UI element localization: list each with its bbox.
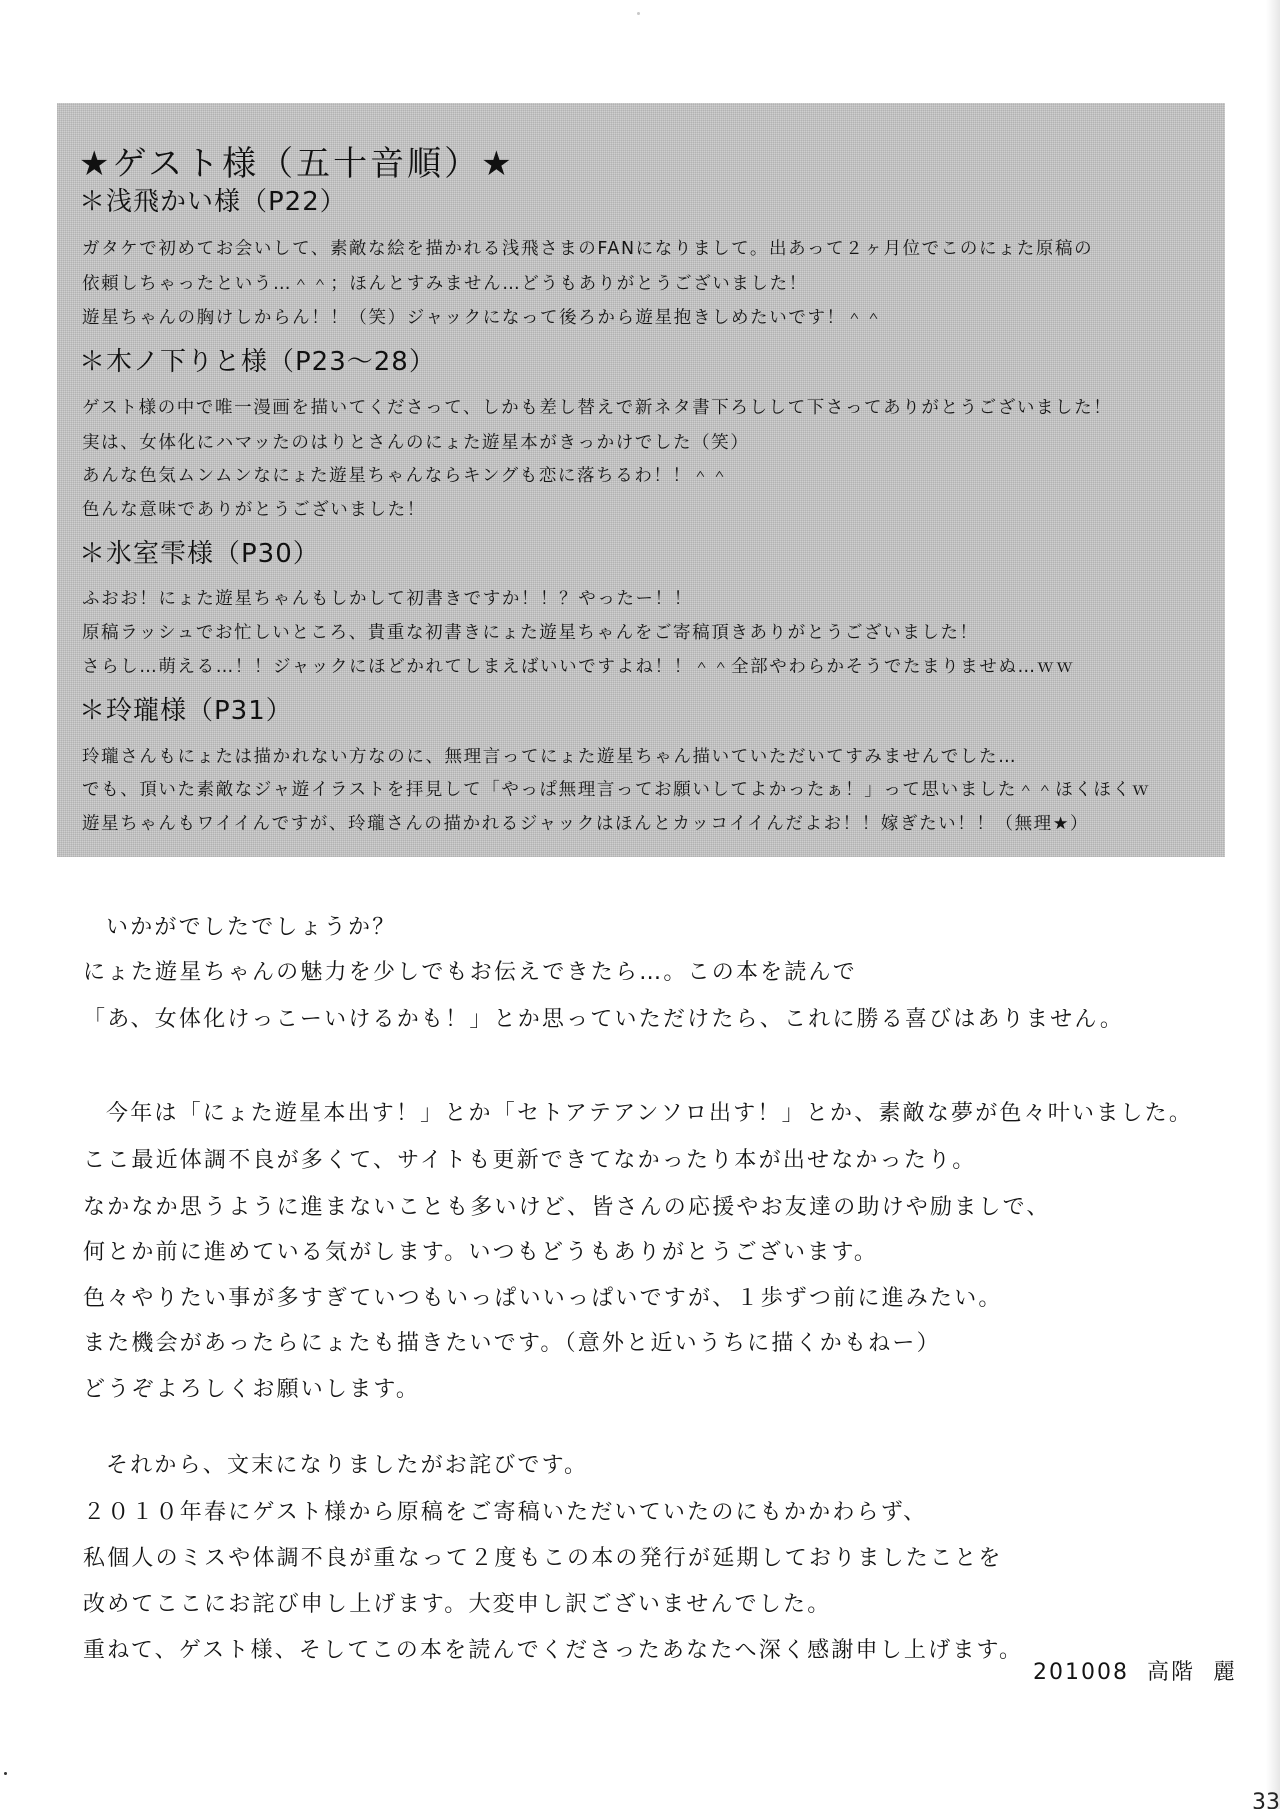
afterword-line: 重ねて、ゲスト様、そしてこの本を読んでくださったあなたへ深く感謝申し上げます。 <box>83 1633 1023 1664</box>
afterword-line: なかなか思うように進まないことも多いけど、皆さんの応援やお友達の助けや励ましで、 <box>83 1190 1051 1221</box>
afterword-line: ここ最近体調不良が多くて、サイトも更新できてなかったり本が出せなかったり。 <box>83 1143 976 1174</box>
guest-message-line: あんな色気ムンムンなにょた遊星ちゃんならキングも恋に落ちるわ！！＾＾ <box>82 462 730 487</box>
afterword-line: にょた遊星ちゃんの魅力を少しでもお伝えできたら…。この本を読んで <box>83 955 857 986</box>
guest-message-line: さらし…萌える…！！ジャックにほどかれてしまえばいいですよね！！＾＾全部やわらか… <box>82 653 1075 678</box>
guest-name-kinoshita: ＊木ノ下りと様（P23～28） <box>79 341 436 378</box>
afterword-line: また機会があったらにょたも描きたいです。（意外と近いうちに描くかもねー） <box>83 1326 941 1357</box>
guest-message-line: ふおお！にょた遊星ちゃんもしかして初書きですか！！？やったー！！ <box>82 585 693 610</box>
guest-message-line: でも、頂いた素敵なジャ遊イラストを拝見して「やっぱ無理言ってお願いしてよかったぁ… <box>82 776 1151 801</box>
guest-message-line: ゲスト様の中で唯一漫画を描いてくださって、しかも差し替えで新ネタ書下ろしして下さ… <box>82 394 1112 419</box>
guest-box-title: ★ゲスト様（五十音順）★ <box>79 136 515 185</box>
guest-name-asahi: ＊浅飛かい様（P22） <box>79 181 347 218</box>
guest-message-line: 遊星ちゃんの胸けしからん！！（笑）ジャックになって後ろから遊星抱きしめたいです！… <box>82 304 884 329</box>
afterword-line: どうぞよろしくお願いします。 <box>83 1372 420 1403</box>
signature: 201008高階麗 <box>1033 1655 1237 1686</box>
afterword-line: いかがでしたでしょうか？ <box>106 910 396 941</box>
signature-surname: 高階 <box>1147 1660 1195 1685</box>
afterword-line: 色々やりたい事が多すぎていつもいっぱいいっぱいですが、１歩ずつ前に進みたい。 <box>83 1281 1003 1312</box>
afterword-line: 私個人のミスや体調不良が重なって２度もこの本の発行が延期しておりましたことを <box>83 1541 1003 1572</box>
guest-credits-box: ★ゲスト様（五十音順）★ ＊浅飛かい様（P22） ガタケで初めてお会いして、素敵… <box>57 103 1225 857</box>
guest-message-line: 色んな意味でありがとうございました！ <box>82 496 426 521</box>
scan-speck <box>637 12 640 15</box>
page-edge-shadow <box>1266 0 1280 1809</box>
guest-message-line: 遊星ちゃんもワイイんですが、玲瓏さんの描かれるジャックはほんとカッコイイんだよお… <box>82 810 1089 835</box>
scan-speck <box>4 1772 7 1775</box>
afterword-line: 改めてここにお詫び申し上げます。大変申し訳ございませんでした。 <box>83 1587 831 1618</box>
afterword-line: 何とか前に進めている気がします。いつもどうもありがとうございます。 <box>83 1235 878 1266</box>
guest-name-reirou: ＊玲瓏様（P31） <box>79 690 293 727</box>
page-number: 33 <box>1252 1790 1280 1809</box>
afterword-line: それから、文末になりましたがお詫びです。 <box>106 1448 588 1479</box>
afterword-line: 今年は「にょた遊星本出す！」とか「セトアテアンソロ出す！」とか、素敵な夢が色々叶… <box>106 1096 1193 1127</box>
signature-date: 201008 <box>1033 1660 1129 1685</box>
guest-message-line: 実は、女体化にハマッたのはりとさんのにょた遊星本がきっかけでした（笑） <box>82 429 749 454</box>
signature-given-name: 麗 <box>1213 1660 1237 1685</box>
guest-message-line: 原稿ラッシュでお忙しいところ、貴重な初書きにょた遊星ちゃんをご寄稿頂きありがとう… <box>82 619 979 644</box>
guest-message-line: ガタケで初めてお会いして、素敵な絵を描かれる浅飛さまのFANになりまして。出あっ… <box>82 235 1093 260</box>
afterword-line: ２０１０年春にゲスト様から原稿をご寄稿いただいていたのにもかかわらず、 <box>83 1495 927 1526</box>
guest-message-line: 依頼しちゃったという…＾＾；ほんとすみません…どうもありがとうございました！ <box>82 270 808 295</box>
afterword-line: 「あ、女体化けっこーいけるかも！」とか思っていただけたら、これに勝る喜びはありま… <box>83 1002 1124 1033</box>
guest-name-himuro: ＊氷室雫様（P30） <box>79 533 320 570</box>
guest-message-line: 玲瓏さんもにょたは描かれない方なのに、無理言ってにょた遊星ちゃん描いていただいて… <box>82 743 1017 768</box>
